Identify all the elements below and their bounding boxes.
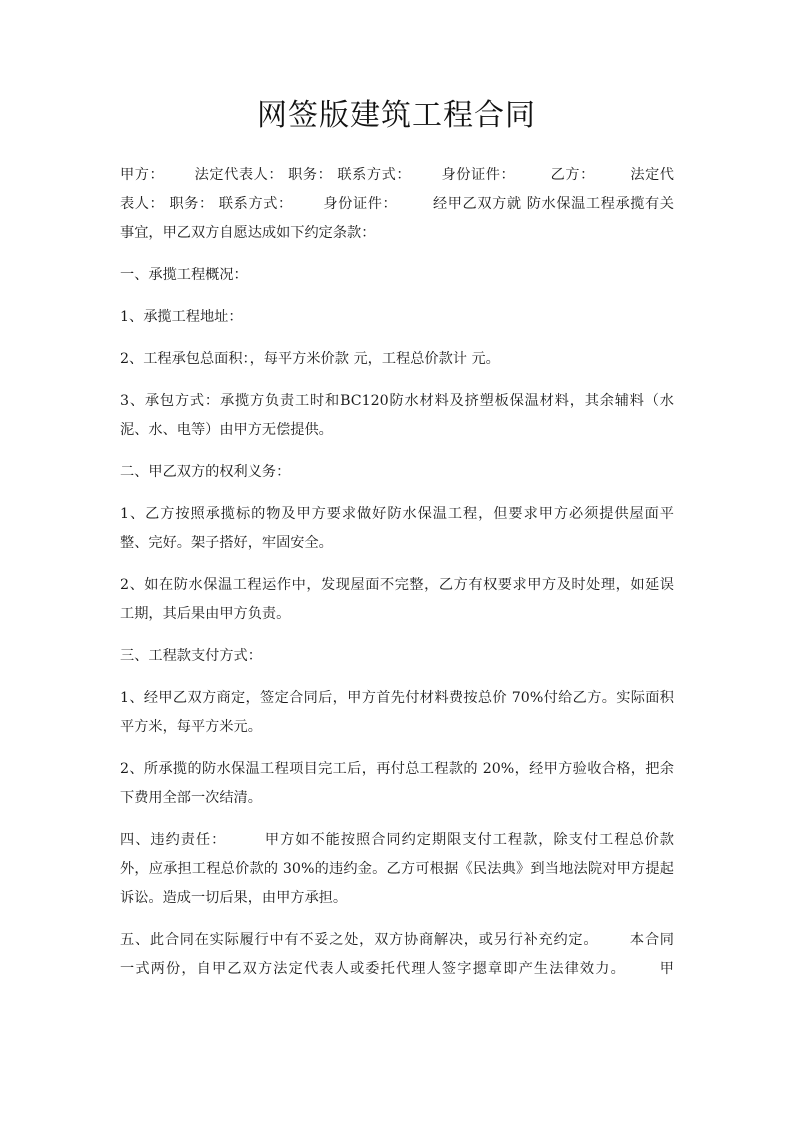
text-line: 平方米，每平方米元。 — [120, 713, 674, 742]
text-line: 二、甲乙双方的权利义务： — [120, 458, 674, 487]
section-1-item-2: 2、工程承包总面积：，每平方米价款 元，工程总价款计 元。 — [120, 345, 674, 374]
paragraph-parties: 甲方： 法定代表人： 职务： 联系方式： 身份证件： 乙方： 法定代 表人： 职… — [120, 161, 674, 248]
text-line: 2、如在防水保温工程运作中，发现屋面不完整，乙方有权要求甲方及时处理，如延误 — [120, 571, 674, 600]
section-2-item-2: 2、如在防水保温工程运作中，发现屋面不完整，乙方有权要求甲方及时处理，如延误 工… — [120, 571, 674, 629]
text-line: 表人： 职务： 联系方式： 身份证件： 经甲乙双方就 防水保温工程承揽有关 — [120, 190, 674, 219]
text-line: 3、承包方式：承揽方负责工时和BC120防水材料及挤塑板保温材料，其余辅料（水 — [120, 387, 674, 416]
text-line: 一式两份，自甲乙双方法定代表人或委托代理人签字摁章即产生法律效力。 甲 — [120, 955, 674, 984]
text-line: 四、违约责任： 甲方如不能按照合同约定期限支付工程款，除支付工程总价款 — [120, 826, 674, 855]
text-line: 1、经甲乙双方商定，签定合同后，甲方首先付材料费按总价 70%付给乙方。实际面积 — [120, 684, 674, 713]
section-2-heading: 二、甲乙双方的权利义务： — [120, 458, 674, 487]
text-line: 下费用全部一次结清。 — [120, 784, 674, 813]
section-1-heading: 一、承揽工程概况： — [120, 261, 674, 290]
text-line: 五、此合同在实际履行中有不妥之处，双方协商解决，或另行补充约定。 本合同 — [120, 926, 674, 955]
text-line: 外，应承担工程总价款的 30%的违约金。乙方可根据《民法典》到当地法院对甲方提起 — [120, 855, 674, 884]
text-line: 工期，其后果由甲方负责。 — [120, 600, 674, 629]
document-page: 网签版建筑工程合同 甲方： 法定代表人： 职务： 联系方式： 身份证件： 乙方：… — [0, 0, 793, 1122]
text-line: 整、完好。架子搭好，牢固安全。 — [120, 529, 674, 558]
section-3-item-2: 2、所承揽的防水保温工程项目完工后，再付总工程款的 20%，经甲方验收合格，把余… — [120, 755, 674, 813]
text-line: 泥、水、电等）由甲方无偿提供。 — [120, 416, 674, 445]
section-5-misc: 五、此合同在实际履行中有不妥之处，双方协商解决，或另行补充约定。 本合同 一式两… — [120, 926, 674, 984]
text-line: 一、承揽工程概况： — [120, 261, 674, 290]
text-line: 事宜，甲乙双方自愿达成如下约定条款： — [120, 219, 674, 248]
section-1-item-3: 3、承包方式：承揽方负责工时和BC120防水材料及挤塑板保温材料，其余辅料（水 … — [120, 387, 674, 445]
text-line: 2、工程承包总面积：，每平方米价款 元，工程总价款计 元。 — [120, 345, 674, 374]
section-2-item-1: 1、乙方按照承揽标的物及甲方要求做好防水保温工程，但要求甲方必须提供屋面平 整、… — [120, 500, 674, 558]
section-3-heading: 三、工程款支付方式： — [120, 642, 674, 671]
text-line: 诉讼。造成一切后果，由甲方承担。 — [120, 884, 674, 913]
document-title: 网签版建筑工程合同 — [0, 94, 793, 138]
section-4-breach-liability: 四、违约责任： 甲方如不能按照合同约定期限支付工程款，除支付工程总价款 外，应承… — [120, 826, 674, 913]
section-1-item-1: 1、承揽工程地址： — [120, 303, 674, 332]
document-body: 甲方： 法定代表人： 职务： 联系方式： 身份证件： 乙方： 法定代 表人： 职… — [120, 161, 674, 997]
text-line: 1、乙方按照承揽标的物及甲方要求做好防水保温工程，但要求甲方必须提供屋面平 — [120, 500, 674, 529]
text-line: 三、工程款支付方式： — [120, 642, 674, 671]
text-line: 甲方： 法定代表人： 职务： 联系方式： 身份证件： 乙方： 法定代 — [120, 161, 674, 190]
section-3-item-1: 1、经甲乙双方商定，签定合同后，甲方首先付材料费按总价 70%付给乙方。实际面积… — [120, 684, 674, 742]
text-line: 1、承揽工程地址： — [120, 303, 674, 332]
text-line: 2、所承揽的防水保温工程项目完工后，再付总工程款的 20%，经甲方验收合格，把余 — [120, 755, 674, 784]
